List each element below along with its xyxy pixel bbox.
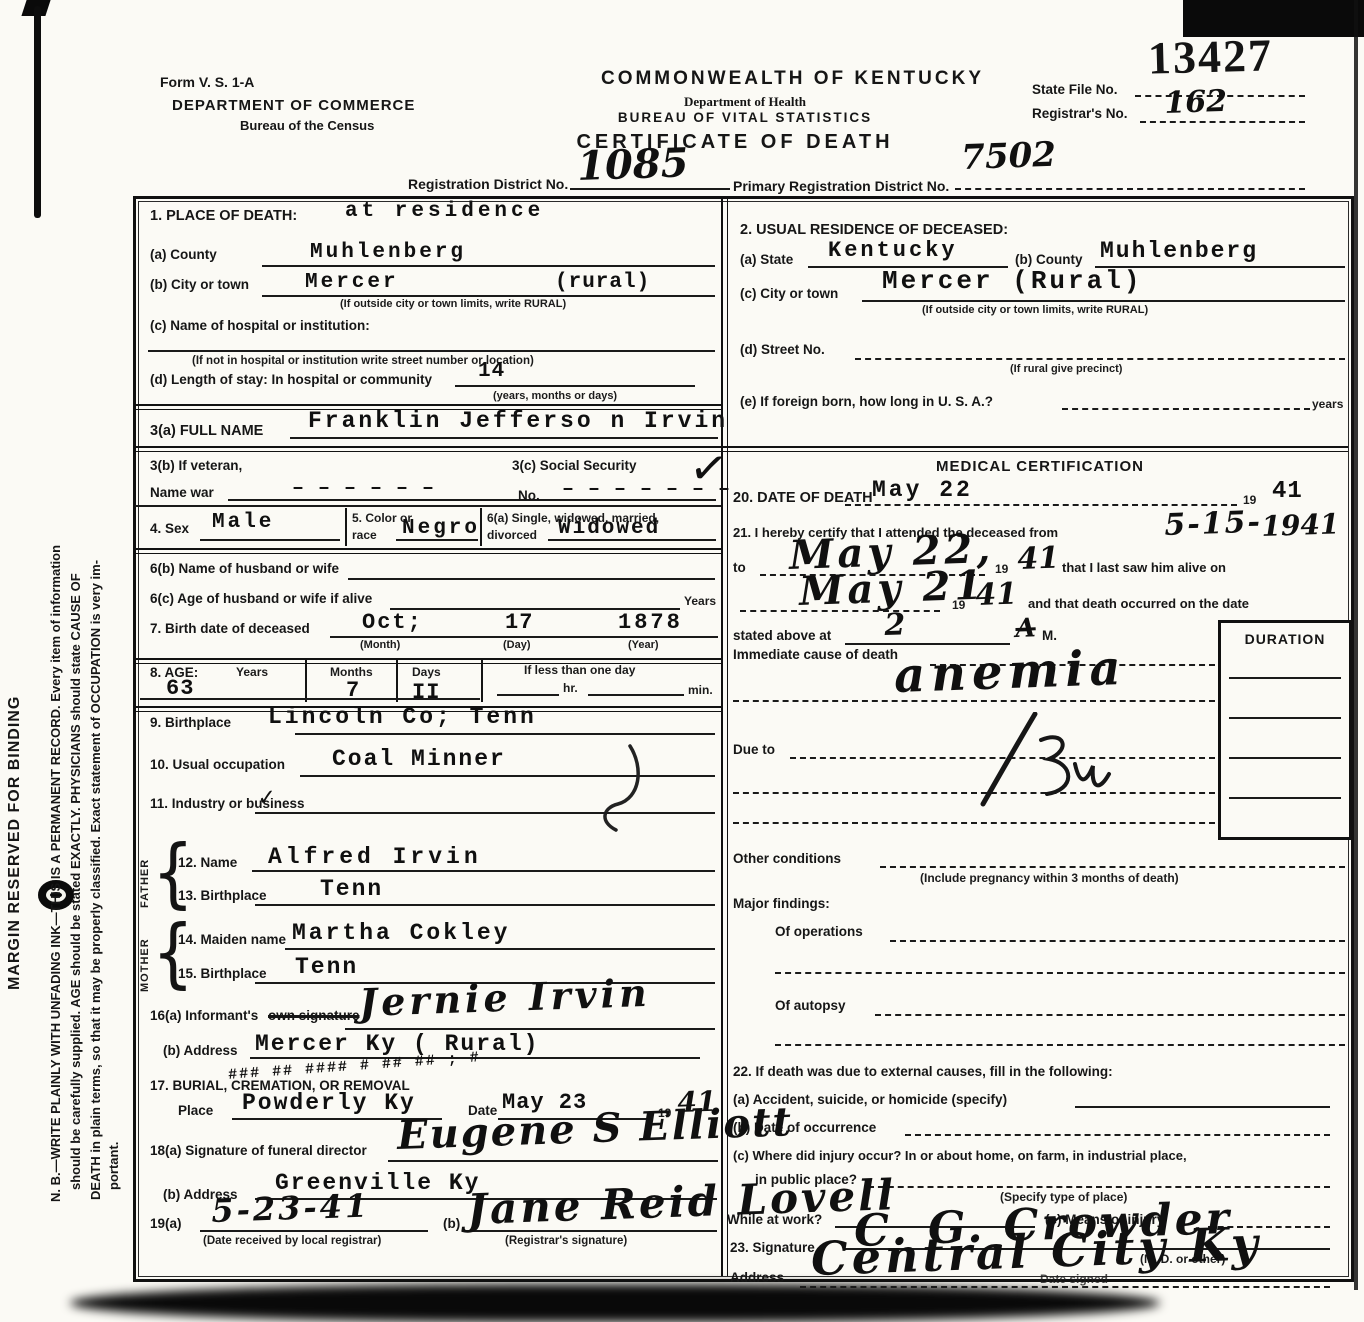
registrar-b-label: (b) — [443, 1216, 460, 1231]
duration-line-2 — [1229, 717, 1341, 719]
occupation-value: Coal Minner — [332, 746, 506, 772]
attended-to-label: to — [733, 560, 746, 575]
mother-name-line — [285, 948, 715, 950]
city-line — [262, 295, 715, 297]
date-of-death-value: May 22 — [872, 477, 973, 503]
stated-above-label: stated above at — [733, 628, 831, 643]
ssn-line — [550, 499, 716, 501]
length-of-stay-line — [455, 385, 695, 387]
informant-label: 16(a) Informant's — [150, 1008, 258, 1023]
primary-district-line — [955, 188, 1305, 190]
mother-birthplace-label: 15. Birthplace — [178, 966, 267, 981]
burial-place-value: Powderly Ky — [242, 1090, 416, 1116]
birth-year-value: 1878 — [618, 610, 683, 635]
ssn-value: – – – – – – – — [562, 478, 731, 501]
bureau-of-census: Bureau of the Census — [240, 118, 374, 133]
residence-county-value: Muhlenberg — [1100, 238, 1258, 264]
registrar-no-value: 162 — [1164, 84, 1228, 121]
mother-name-value: Martha Cokley — [292, 920, 510, 946]
operations-line — [890, 940, 1345, 942]
father-side-label: FATHER — [139, 842, 151, 908]
operations-line-2 — [775, 972, 1345, 974]
spouse-name-line — [348, 578, 715, 580]
scan-artifact-bottom-band — [70, 1284, 1160, 1322]
residence-county-label: (b) County — [1015, 252, 1082, 267]
marital-line — [548, 539, 716, 541]
city-value: Mercer — [305, 271, 399, 294]
county-line — [262, 265, 715, 267]
state-file-stamp: 13427 — [1147, 28, 1273, 84]
death-am-value: A — [1015, 613, 1036, 644]
foreign-born-line — [1062, 408, 1310, 410]
other-conditions-label: Other conditions — [733, 851, 841, 866]
primary-district-label: Primary Registration District No. — [733, 178, 949, 194]
age-divider-1 — [305, 660, 307, 702]
birth-year-caption: (Year) — [628, 639, 659, 651]
hospital-line — [148, 350, 715, 352]
father-brace: { — [152, 828, 194, 917]
fullname-line — [290, 437, 718, 439]
sex-line — [200, 539, 340, 541]
birth-month-caption: (Month) — [360, 639, 400, 651]
margin-nb-line4: portant. — [106, 1080, 121, 1190]
scan-artifact-right-edge — [1354, 0, 1358, 1290]
age-min-line — [588, 694, 684, 696]
industry-line — [255, 812, 715, 814]
age-row-line — [140, 698, 480, 700]
margin-binding-note: MARGIN RESERVED FOR BINDING — [6, 430, 24, 990]
attended-to-year: 41 — [1017, 541, 1060, 577]
due-to-label: Due to — [733, 742, 775, 757]
date-of-death-year: 41 — [1272, 478, 1303, 505]
due-to-line-2 — [733, 792, 1215, 794]
physician-address-label: Address — [730, 1270, 784, 1285]
fullname-label: 3(a) FULL NAME — [150, 423, 263, 439]
primary-district-value: 7502 — [961, 135, 1057, 178]
race-label-2: race — [352, 528, 377, 542]
burial-place-label: Place — [178, 1103, 213, 1118]
street-no-line — [855, 358, 1345, 360]
age-min-caption: min. — [688, 683, 713, 697]
residence-city-value: Mercer (Rural) — [882, 266, 1142, 296]
sex-label: 4. Sex — [150, 521, 189, 536]
department-of-health: Department of Health — [555, 94, 935, 110]
death-certificate-scan: MARGIN RESERVED FOR BINDING N. B.—WRITE … — [0, 0, 1364, 1322]
immediate-cause-value: anemia — [893, 640, 1127, 704]
funeral-director-label: 18(a) Signature of funeral director — [150, 1143, 367, 1158]
date-received-value: 5-23-41 — [211, 1186, 371, 1230]
race-marital-divider — [480, 508, 482, 546]
external-c-line — [868, 1186, 1330, 1188]
residence-state-value: Kentucky — [828, 238, 958, 263]
duration-box: DURATION — [1218, 620, 1352, 840]
duration-label: DURATION — [1221, 631, 1349, 647]
commonwealth-title: COMMONWEALTH OF KENTUCKY — [555, 68, 1030, 90]
external-c-label: (c) Where did injury occur? In or about … — [733, 1148, 1187, 1163]
sex-value: Male — [212, 511, 274, 534]
fullname-rule — [135, 446, 1348, 452]
duration-line-1 — [1229, 677, 1341, 679]
ssn-label: 3(c) Social Security — [512, 458, 637, 473]
occurred-text: and that death occurred on the date — [1028, 596, 1249, 611]
hospital-label: (c) Name of hospital or institution: — [150, 318, 370, 333]
occupation-label: 10. Usual occupation — [150, 757, 285, 772]
spouse-age-label: 6(c) Age of husband or wife if alive — [150, 591, 372, 606]
due-to-line-3 — [733, 822, 1215, 824]
occupation-line — [300, 775, 715, 777]
margin-nb-line3: DEATH in plain terms, so that it may be … — [88, 290, 103, 1200]
residence-city-caption: (If outside city or town limits, write R… — [922, 304, 1148, 316]
other-conditions-line — [880, 866, 1345, 868]
last-alive-text: that I last saw him alive on — [1062, 560, 1226, 575]
external-b-line — [905, 1134, 1330, 1136]
form-number: Form V. S. 1-A — [160, 74, 254, 90]
birthplace-line — [295, 733, 715, 735]
sex-race-divider — [345, 508, 347, 546]
age-months-caption: Months — [330, 665, 373, 679]
last-seen-year: 41 — [975, 577, 1018, 613]
age-hr-caption: hr. — [563, 681, 578, 695]
residence-state-label: (a) State — [740, 252, 793, 267]
mother-side-label: MOTHER — [139, 922, 151, 992]
birth-month-value: Oct; — [362, 610, 423, 635]
veteran-war-label: Name war — [150, 485, 214, 500]
attended-from-year: 1941 — [1261, 507, 1340, 543]
last-seen-year-pre: 19 — [952, 598, 965, 612]
informant-strike-label: own signature — [268, 1008, 360, 1023]
age-divider-2 — [396, 660, 398, 702]
autopsy-line-2 — [775, 1044, 1345, 1046]
age-lessday-caption: If less than one day — [524, 663, 635, 677]
bureau-vital-statistics: BUREAU OF VITAL STATISTICS — [555, 110, 935, 125]
duration-line-3 — [1229, 757, 1341, 759]
autopsy-label: Of autopsy — [775, 998, 846, 1013]
street-no-label: (d) Street No. — [740, 342, 825, 357]
mother-birthplace-value: Tenn — [295, 954, 358, 980]
date-received-line — [200, 1230, 428, 1232]
age-years-caption: Years — [236, 665, 268, 679]
informant-address-value: Mercer Ky ( Rural) — [255, 1031, 539, 1057]
other-conditions-caption: (Include pregnancy within 3 months of de… — [920, 871, 1179, 885]
informant-address-label: (b) Address — [163, 1043, 238, 1058]
birthplace-value: Lincoln Co; Tenn — [268, 704, 537, 730]
major-findings-label: Major findings: — [733, 896, 830, 911]
birthplace-label: 9. Birthplace — [150, 715, 231, 730]
city-caption: (If outside city or town limits, write R… — [340, 298, 566, 310]
state-file-label: State File No. — [1032, 82, 1118, 97]
father-birthplace-label: 13. Birthplace — [178, 888, 267, 903]
birth-day-caption: (Day) — [503, 639, 531, 651]
father-birthplace-value: Tenn — [320, 876, 383, 902]
death-hour-value: 2 — [884, 607, 906, 643]
race-value: Negro — [402, 517, 480, 540]
place-of-death-value: at residence — [345, 200, 544, 223]
father-birthplace-line — [255, 904, 715, 906]
medical-certification-title: MEDICAL CERTIFICATION — [880, 458, 1200, 475]
marital-value: Widowed — [558, 517, 660, 540]
spouse-name-label: 6(b) Name of husband or wife — [150, 561, 339, 576]
usual-residence-title: 2. USUAL RESIDENCE OF DECEASED: — [740, 222, 1008, 238]
age-days-value: II — [412, 680, 440, 705]
last-seen-line — [740, 610, 940, 612]
city-label: (b) City or town — [150, 277, 249, 292]
external-causes-title: 22. If death was due to external causes,… — [733, 1064, 1113, 1079]
birthdate-label: 7. Birth date of deceased — [150, 621, 310, 636]
mother-brace: { — [152, 908, 194, 997]
foreign-born-suffix: years — [1312, 397, 1343, 411]
pen-scribble — [975, 712, 1125, 807]
father-name-line — [252, 870, 715, 872]
spouse-age-suffix: Years — [684, 594, 716, 608]
attended-to-year-pre: 19 — [995, 562, 1008, 576]
date-of-death-line — [845, 504, 1237, 506]
duration-line-4 — [1229, 797, 1341, 799]
birth-day-value: 17 — [505, 610, 533, 635]
county-label: (a) County — [150, 247, 217, 262]
registration-district-value: 1085 — [576, 139, 689, 190]
registration-district-label: Registration District No. — [408, 176, 568, 192]
physician-address-line — [800, 1286, 1330, 1288]
marital-label-2: divorced — [487, 528, 537, 542]
father-name-label: 12. Name — [178, 855, 237, 870]
attended-from-value: 5-15- — [1164, 505, 1263, 543]
informant-line — [345, 1028, 715, 1030]
registrar-row-label: 19(a) — [150, 1216, 182, 1231]
physician-signature-label: 23. Signature — [730, 1240, 815, 1255]
foreign-born-label: (e) If foreign born, how long in U. S. A… — [740, 394, 993, 409]
registrar-no-line — [1140, 121, 1305, 123]
industry-checkmark-icon: ✓ — [257, 785, 276, 811]
fullname-value: Franklin Jefferso n Irvin — [308, 408, 728, 434]
veteran-line — [228, 499, 556, 501]
mother-name-label: 14. Maiden name — [178, 932, 286, 947]
row456-rule — [135, 548, 721, 554]
registration-district-line — [570, 188, 730, 190]
registrar-sig-caption: (Registrar's signature) — [505, 1235, 627, 1247]
date-received-caption: (Date received by local registrar) — [203, 1235, 381, 1247]
veteran-value: – – – – – – — [292, 477, 435, 500]
length-of-stay-value: 14 — [478, 360, 505, 383]
city-rural-value: (rural) — [555, 271, 650, 294]
residence-city-line — [862, 300, 1345, 302]
veteran-label: 3(b) If veteran, — [150, 458, 242, 473]
age-divider-3 — [481, 660, 483, 702]
age-hr-line — [497, 694, 559, 696]
operations-label: Of operations — [775, 924, 863, 939]
father-name-value: Alfred Irvin — [268, 844, 482, 870]
length-of-stay-label: (d) Length of stay: In hospital or commu… — [150, 372, 432, 387]
margin-nb-line2: should be carefully supplied. AGE should… — [68, 300, 83, 1190]
funeral-director-line — [388, 1160, 718, 1162]
margin-nb-line1: N. B.—WRITE PLAINLY WITH UNFADING INK—TH… — [48, 262, 63, 1202]
race-line — [396, 539, 478, 541]
birthdate-line — [330, 636, 718, 638]
age-days-caption: Days — [412, 665, 441, 679]
external-a-line — [1075, 1106, 1330, 1108]
residence-city-label: (c) City or town — [740, 286, 838, 301]
pen-flourish — [588, 742, 648, 834]
length-of-stay-caption: (years, months or days) — [493, 390, 617, 402]
ssn-no-label: No. — [518, 488, 540, 503]
death-m-label: M. — [1042, 628, 1057, 643]
autopsy-line — [875, 1014, 1345, 1016]
department-of-commerce: DEPARTMENT OF COMMERCE — [172, 97, 415, 114]
place-of-death-title: 1. PLACE OF DEATH: — [150, 208, 297, 224]
registrar-no-label: Registrar's No. — [1032, 106, 1128, 121]
county-value: Muhlenberg — [310, 241, 466, 264]
street-no-caption: (If rural give precinct) — [1010, 363, 1122, 375]
veteran-row-rule — [135, 505, 721, 507]
immediate-cause-label: Immediate cause of death — [733, 647, 898, 662]
scan-artifact-left-bar — [34, 6, 41, 218]
industry-label: 11. Industry or business — [150, 796, 305, 811]
